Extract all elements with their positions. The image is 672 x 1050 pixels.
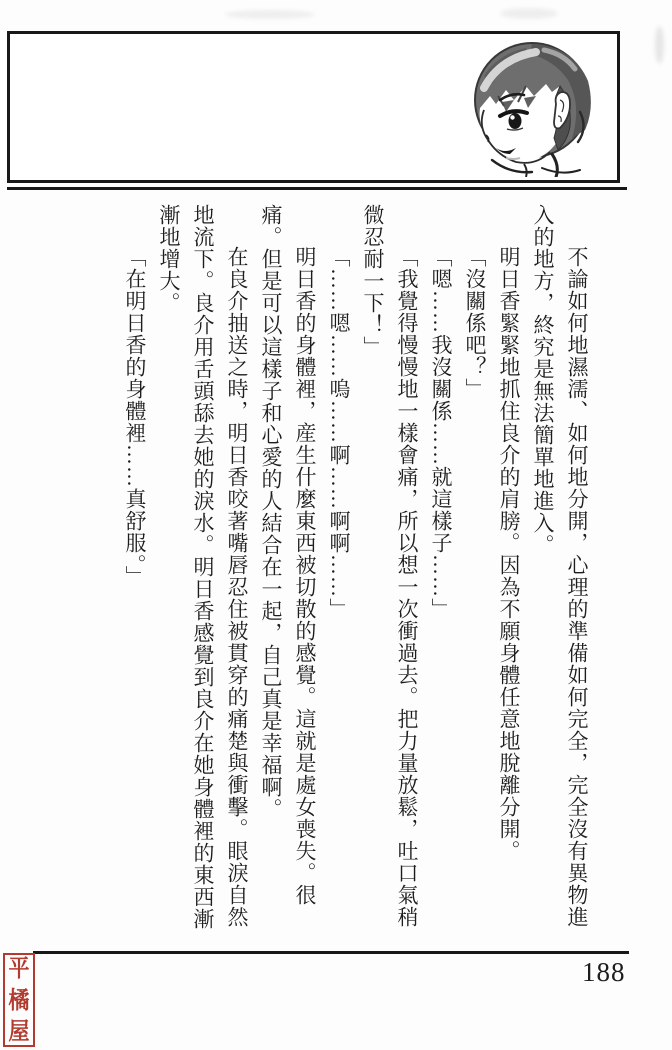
scan-smudge [500,8,558,19]
boy-face-sketch-illustration [458,36,613,177]
novel-paragraph-9-dialogue: 「在明日香的身體裡……真舒服。」 [118,204,152,946]
novel-page: 不論如何地濕濡、如何地分開，心理的準備如何完全，完全沒有異物進入的地方，終究是無… [0,0,672,1050]
novel-paragraph-8: 在良介抽送之時，明日香咬著嘴唇忍住被貫穿的痛楚與衝擊。眼淚自然地流下。良介用舌頭… [152,204,254,946]
seal-character-1: 平 [9,957,30,981]
seal-character-3: 屋 [9,1020,30,1044]
frame-underline-rule [7,187,627,190]
novel-paragraph-5-dialogue: 「我覺得慢慢地一樣會痛，所以想一次衝過去。把力量放鬆，吐口氣稍微忍耐一下！」 [356,204,424,946]
novel-paragraph-1: 不論如何地濕濡、如何地分開，心理的準備如何完全，完全沒有異物進入的地方，終究是無… [526,204,594,946]
novel-text-block: 不論如何地濕濡、如何地分開，心理的準備如何完全，完全沒有異物進入的地方，終究是無… [118,204,594,946]
footer-rule [33,951,629,954]
scan-smudge [655,26,664,64]
publisher-seal-stamp: 平 橘 屋 [3,953,35,1047]
illustration-frame [7,31,620,183]
novel-paragraph-3-dialogue: 「沒關係吧？」 [458,204,492,946]
page-number: 188 [582,957,626,988]
novel-paragraph-2: 明日香緊緊地抓住良介的肩膀。因為不願身體任意地脫離分開。 [492,204,526,946]
scan-smudge [225,10,315,19]
seal-character-2: 橘 [9,988,30,1012]
novel-paragraph-7: 明日香的身體裡，産生什麼東西被切散的感覺。這就是處女喪失。很痛。但是可以這樣子和… [254,204,322,946]
novel-paragraph-4-dialogue: 「嗯……我沒關係……就這樣子……」 [424,204,458,946]
novel-paragraph-6-dialogue: 「……嗯……嗚……啊……啊啊……」 [322,204,356,946]
